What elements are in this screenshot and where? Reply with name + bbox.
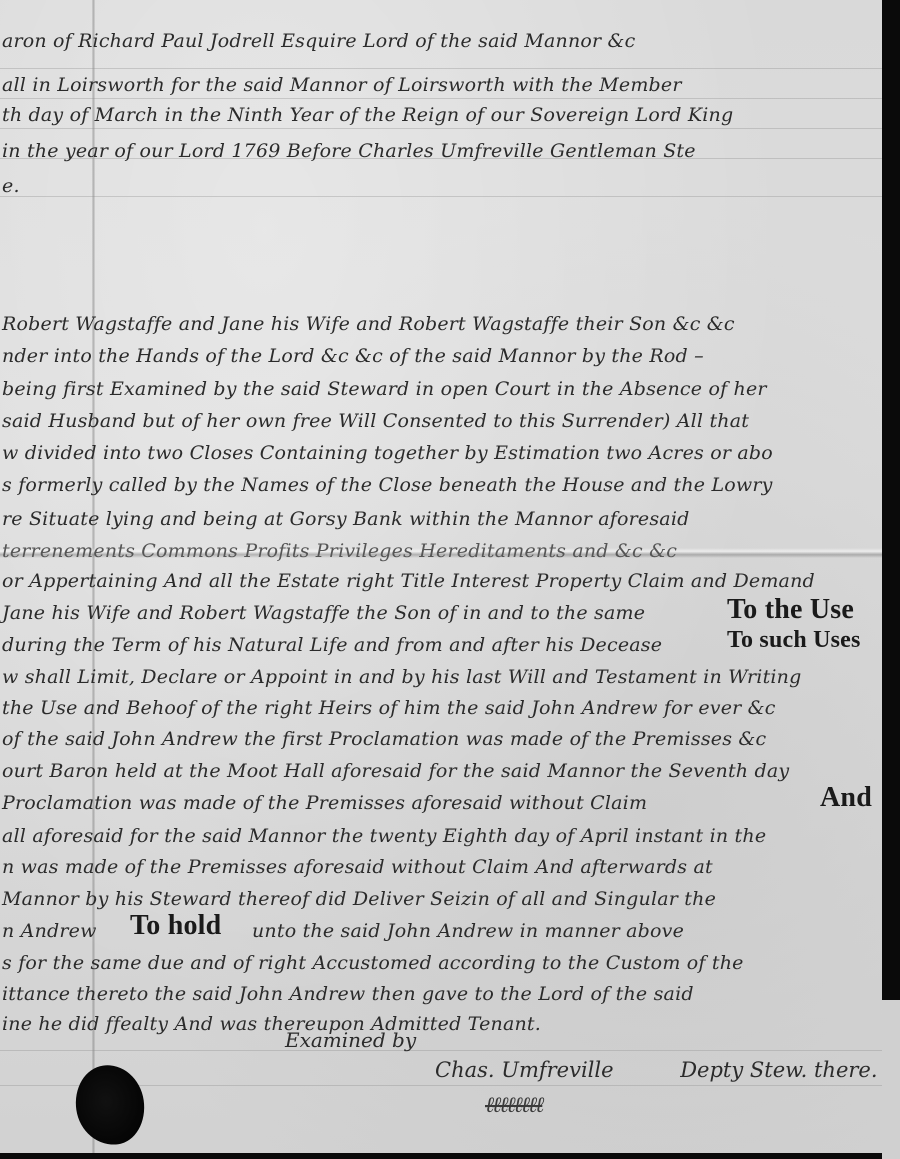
header-line: e. (2, 175, 20, 197)
body-line: n Andrew (2, 920, 97, 942)
header-line: th day of March in the Ninth Year of the… (2, 104, 733, 126)
body-line: Mannor by his Steward thereof did Delive… (2, 888, 716, 910)
body-line: during the Term of his Natural Life and … (2, 634, 662, 656)
body-line: nder into the Hands of the Lord &c &c of… (2, 345, 704, 367)
emphasis-to-hold: To hold (130, 910, 221, 942)
body-line: s formerly called by the Names of the Cl… (2, 474, 773, 496)
document-paper-edge (882, 1000, 900, 1159)
body-line: Proclamation was made of the Premisses a… (2, 792, 647, 814)
body-line: Jane his Wife and Robert Wagstaffe the S… (2, 602, 645, 624)
body-line: unto the said John Andrew in manner abov… (252, 920, 684, 942)
header-line: all in Loirsworth for the said Mannor of… (2, 74, 682, 96)
body-line: ine he did ffealty And was thereupon Adm… (2, 1013, 541, 1035)
body-line: w shall Limit, Declare or Appoint in and… (2, 666, 801, 688)
body-line: ittance thereto the said John Andrew the… (2, 983, 694, 1005)
header-line: in the year of our Lord 1769 Before Char… (2, 140, 696, 162)
body-line: w divided into two Closes Containing tog… (2, 442, 773, 464)
examined-by-label: Examined by (285, 1028, 416, 1052)
body-line: Robert Wagstaffe and Jane his Wife and R… (2, 313, 735, 335)
body-line: said Husband but of her own free Will Co… (2, 410, 749, 432)
body-line: n was made of the Premisses aforesaid wi… (2, 856, 713, 878)
steward-signature: Chas. Umfreville Depty Stew. there. (435, 1058, 878, 1082)
ruled-line (0, 68, 882, 69)
signature-title: Depty Stew. there. (680, 1058, 877, 1082)
body-line: being first Examined by the said Steward… (2, 378, 767, 400)
emphasis-and: And (820, 782, 872, 814)
body-line-struck: terrenements Commons Profits Privileges … (2, 540, 677, 562)
body-line: or Appertaining And all the Estate right… (2, 570, 815, 592)
ruled-line (0, 1050, 882, 1051)
body-line: re Situate lying and being at Gorsy Bank… (2, 508, 689, 530)
body-line: s for the same due and of right Accustom… (2, 952, 744, 974)
signature-name: Chas. Umfreville (435, 1058, 614, 1082)
ruled-line (0, 128, 882, 129)
ruled-line (0, 196, 882, 197)
signature-flourish-icon: ℓℓℓℓℓℓℓℓ (485, 1092, 542, 1118)
emphasis-to-such-uses: To such Uses (727, 627, 861, 654)
body-line: ourt Baron held at the Moot Hall aforesa… (2, 760, 789, 782)
ruled-line (0, 98, 882, 99)
header-line: aron of Richard Paul Jodrell Esquire Lor… (2, 30, 880, 52)
body-line: of the said John Andrew the first Procla… (2, 728, 766, 750)
body-line: the Use and Behoof of the right Heirs of… (2, 697, 776, 719)
emphasis-to-the-use: To the Use (727, 594, 854, 626)
scan-border (0, 1153, 882, 1159)
body-line: all aforesaid for the said Mannor the tw… (2, 825, 766, 847)
